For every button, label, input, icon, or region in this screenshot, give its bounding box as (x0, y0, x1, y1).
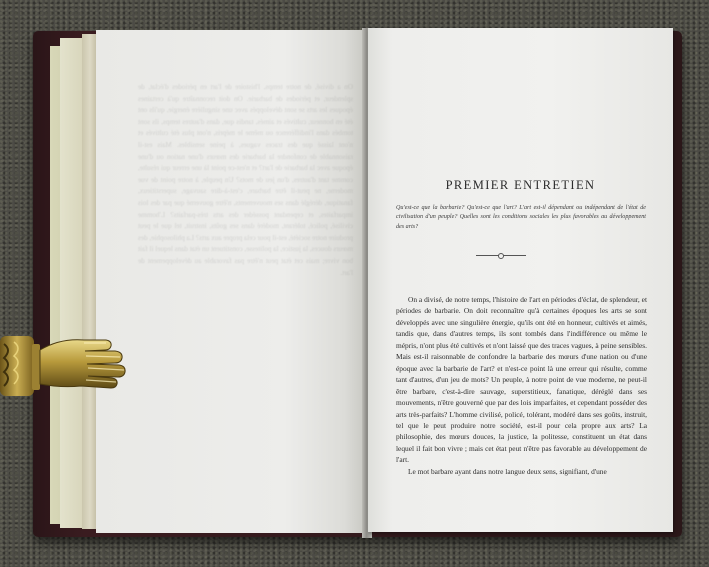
ornament-divider-icon (476, 255, 526, 256)
paragraph: On a divisé, de notre temps, l'histoire … (396, 294, 647, 466)
right-page: PREMIER ENTRETIEN Qu'est-ce que la barba… (368, 28, 673, 532)
paragraph: Le mot barbare ayant dans notre langue d… (396, 466, 647, 477)
show-through-text: On a divisé, de notre temps, l'histoire … (138, 82, 353, 512)
chapter-summary: Qu'est-ce que la barbarie? Qu'est-ce que… (396, 204, 646, 232)
brass-hand-clip-icon (0, 330, 146, 402)
body-text: On a divisé, de notre temps, l'histoire … (396, 294, 647, 477)
left-page: On a divisé, de notre temps, l'histoire … (96, 30, 366, 533)
chapter-title: PREMIER ENTRETIEN (368, 178, 673, 193)
